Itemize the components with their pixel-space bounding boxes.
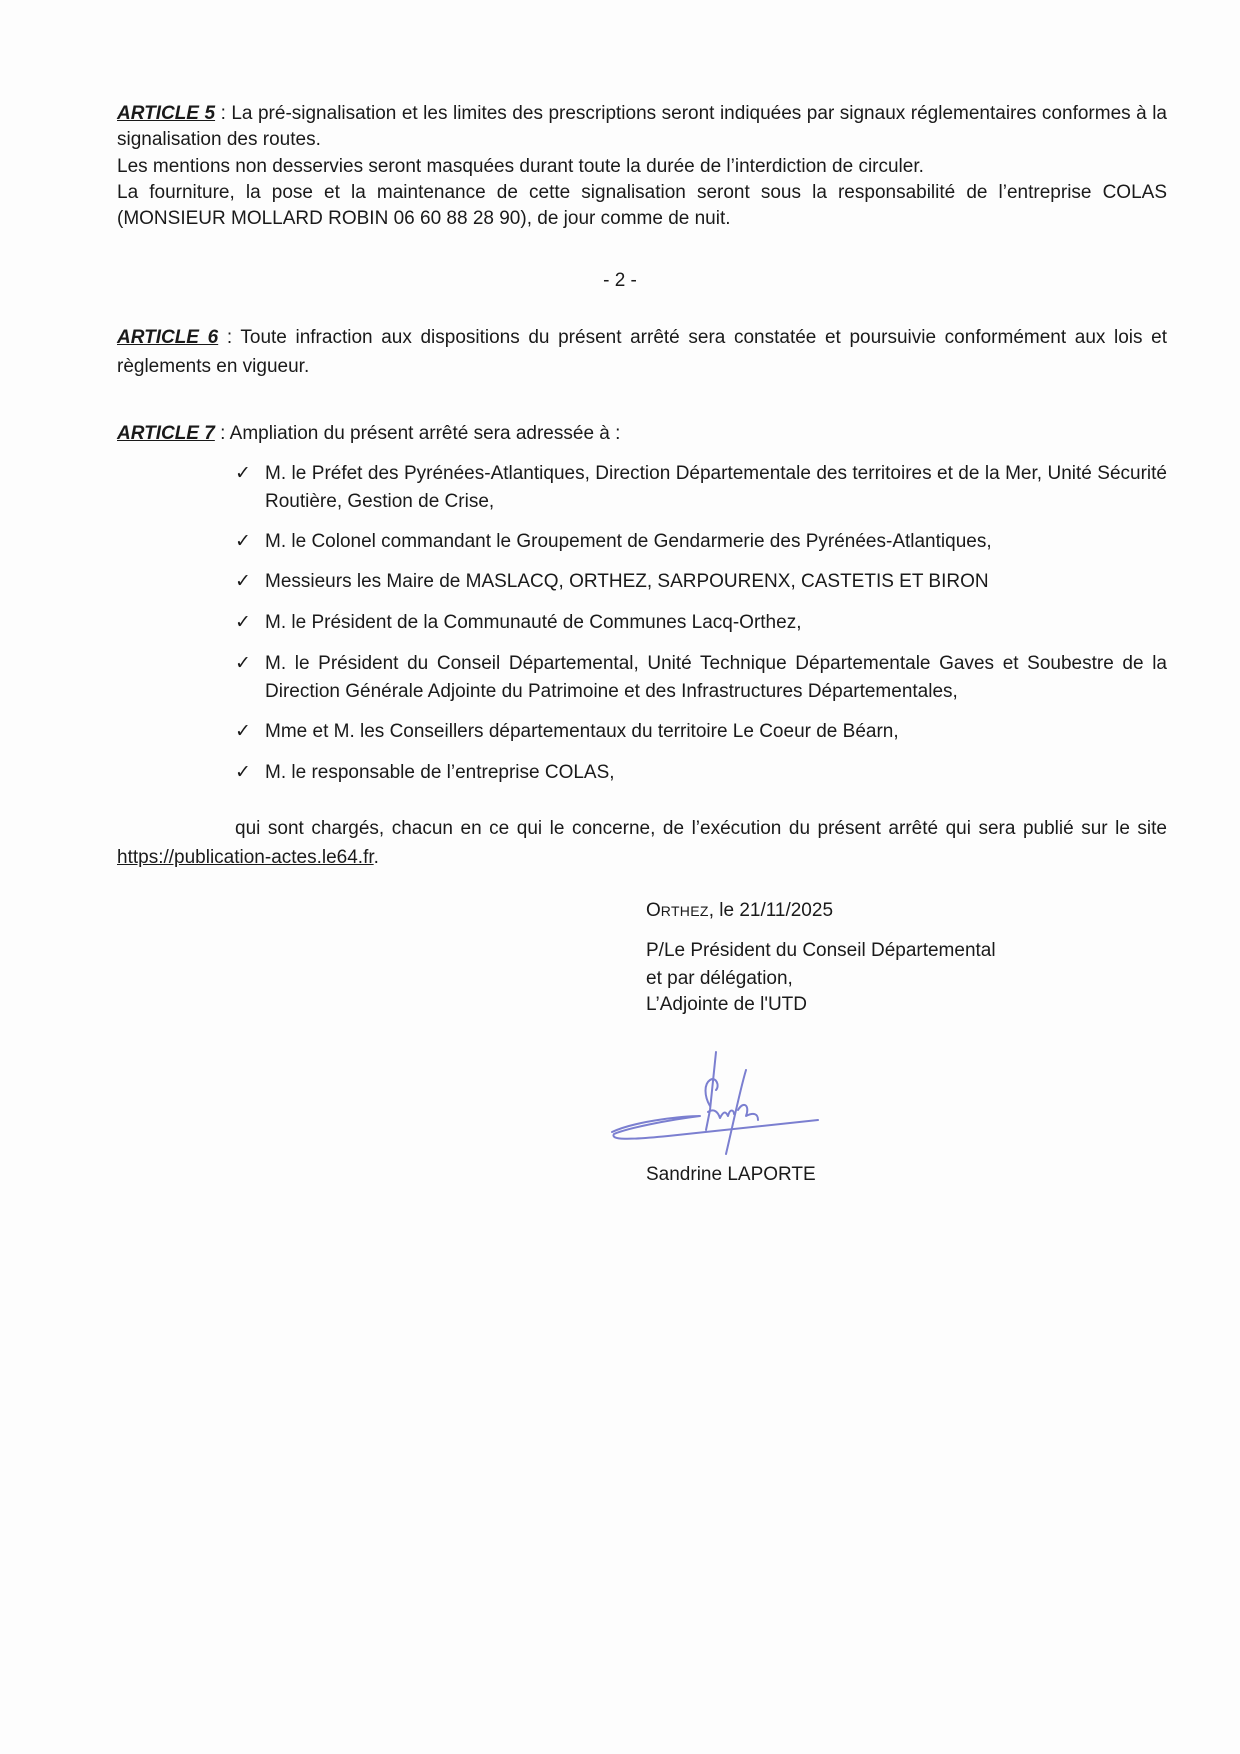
checkmark-icon: ✓ — [235, 609, 257, 637]
signatory-title-line1: P/Le Président du Conseil Départemental — [646, 938, 1166, 964]
article-7-text: Ampliation du présent arrêté sera adress… — [230, 423, 621, 444]
checkmark-icon: ✓ — [235, 650, 257, 678]
signatory-title-line3: L’Adjointe de l'UTD — [646, 992, 1166, 1018]
article-5-text: La pré-signalisation et les limites des … — [117, 103, 1167, 150]
article-5: ARTICLE 5 : La pré-signalisation et les … — [117, 101, 1167, 153]
publication-link[interactable]: https://publication-actes.le64.fr — [117, 847, 374, 868]
article-5-line3: La fourniture, la pose et la maintenance… — [117, 180, 1167, 232]
checkmark-icon: ✓ — [235, 568, 257, 596]
checkmark-icon: ✓ — [235, 718, 257, 746]
checkmark-icon: ✓ — [235, 759, 257, 787]
article-7-label: ARTICLE 7 — [117, 423, 215, 444]
signatory-title-line2: et par délégation, — [646, 966, 1166, 992]
article-6-label: ARTICLE 6 — [117, 327, 218, 348]
article-6-text: Toute infraction aux dispositions du pré… — [117, 327, 1167, 377]
article-5-line2: Les mentions non desservies seront masqu… — [117, 154, 1167, 180]
handwritten-signature — [608, 1050, 838, 1160]
signer-name: Sandrine LAPORTE — [646, 1162, 1046, 1188]
recipient-item: ✓ M. le Président de la Communauté de Co… — [235, 609, 1167, 637]
recipient-item: ✓ M. le Préfet des Pyrénées-Atlantiques,… — [235, 460, 1167, 516]
article-7: ARTICLE 7 : Ampliation du présent arrêté… — [117, 421, 1167, 447]
checkmark-icon: ✓ — [235, 460, 257, 488]
article-5-label: ARTICLE 5 — [117, 103, 215, 124]
place-date: ORTHEZ, le 21/11/2025 — [646, 898, 1146, 924]
checkmark-icon: ✓ — [235, 528, 257, 556]
recipient-item: ✓ M. le Colonel commandant le Groupement… — [235, 528, 1167, 556]
recipient-item: ✓ Messieurs les Maire de MASLACQ, ORTHEZ… — [235, 568, 1167, 596]
recipient-item: ✓ M. le responsable de l’entreprise COLA… — [235, 759, 1167, 787]
recipient-item: ✓ M. le Président du Conseil Département… — [235, 650, 1167, 706]
document-page: ARTICLE 5 : La pré-signalisation et les … — [0, 0, 1240, 1754]
recipient-item: ✓ Mme et M. les Conseillers départementa… — [235, 718, 1167, 746]
article-6: ARTICLE 6 : Toute infraction aux disposi… — [117, 323, 1167, 381]
closing-paragraph: qui sont chargés, chacun en ce qui le co… — [117, 814, 1167, 872]
page-number: - 2 - — [560, 268, 680, 294]
